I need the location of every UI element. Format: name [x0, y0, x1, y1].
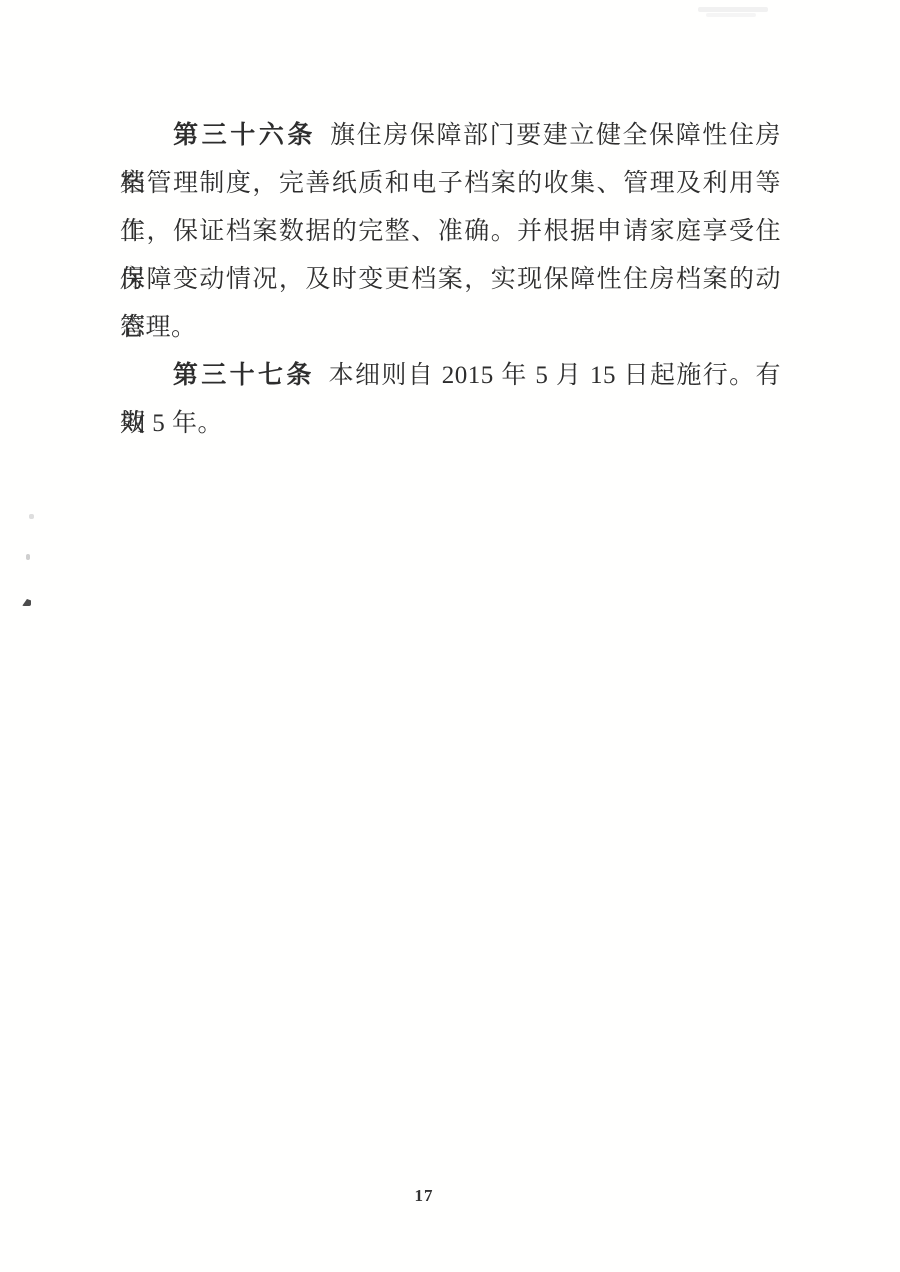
scan-speck-1 [29, 514, 34, 519]
article-36-line-5: 管理。 [120, 304, 781, 352]
article-36-line-3: 作，保证档案数据的完整、准确。并根据申请家庭享受住房 [120, 208, 781, 256]
scanned-document-page: 第三十六条旗住房保障部门要建立健全保障性住房档 案管理制度，完善纸质和电子档案的… [0, 0, 900, 1272]
scan-smudge-top [698, 7, 768, 12]
term-gap [315, 382, 328, 383]
article-36-line-2: 案管理制度，完善纸质和电子档案的收集、管理及利用等工 [120, 160, 781, 208]
scan-smudge-top-2 [706, 13, 756, 17]
article-36-line-4: 保障变动情况，及时变更档案，实现保障性住房档案的动态 [120, 256, 781, 304]
first-line-indent [120, 142, 172, 143]
page-number: 17 [404, 1186, 444, 1206]
article-37-line-1: 第三十七条本细则自 2015 年 5 月 15 日起施行。有效 [120, 352, 781, 400]
article-36-line-1: 第三十六条旗住房保障部门要建立健全保障性住房档 [120, 112, 781, 160]
term-gap [316, 142, 329, 143]
first-line-indent [120, 382, 172, 383]
article-36-term: 第三十六条 [172, 122, 316, 149]
scan-speck-3 [22, 599, 31, 606]
document-body: 第三十六条旗住房保障部门要建立健全保障性住房档 案管理制度，完善纸质和电子档案的… [120, 112, 781, 448]
article-37-term: 第三十七条 [172, 362, 315, 389]
scan-speck-2 [26, 554, 30, 560]
article-37-line-2: 期 5 年。 [120, 400, 781, 448]
